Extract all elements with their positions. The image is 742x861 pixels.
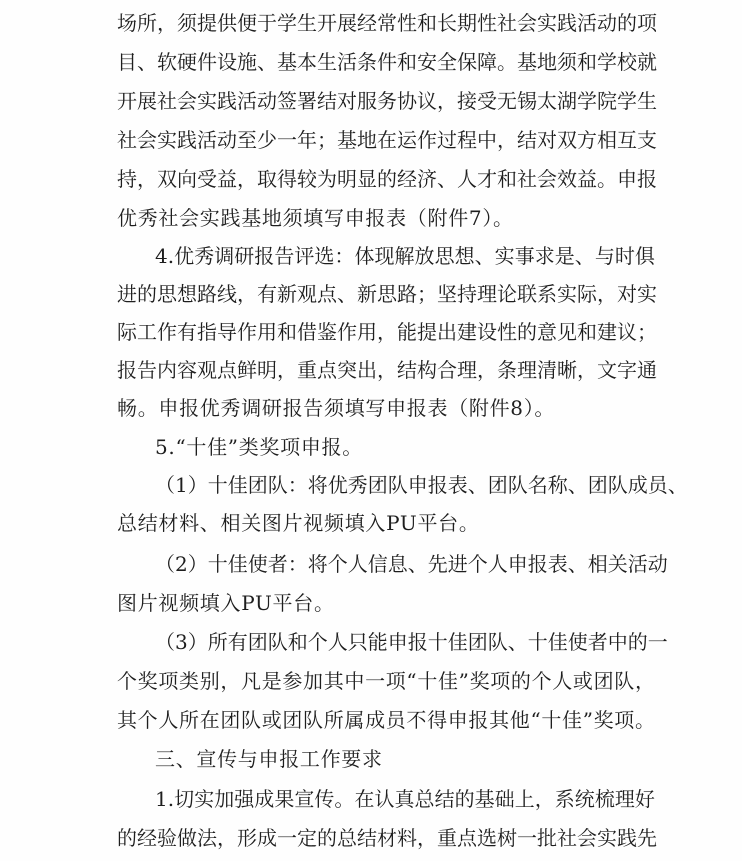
document-page: 场所，须提供便于学生开展经常性和长期性社会实践活动的项 目、软硬件设施、基本生活… [0, 0, 742, 861]
sub-item-line: （2）十佳使者：将个人信息、先进个人申报表、相关活动 [155, 549, 655, 579]
sub-item-line: （1）十佳团队：将优秀团队申报表、团队名称、团队成员、 [155, 470, 655, 500]
text-line: 图片视频填入PU平台。 [117, 588, 335, 618]
text-line: 畅。申报优秀调研报告须填写申报表（附件8）。 [117, 393, 555, 423]
text-line: 优秀社会实践基地须填写申报表（附件7）。 [117, 203, 514, 233]
text-line: 报告内容观点鲜明，重点突出，结构合理，条理清晰，文字通 [117, 355, 655, 385]
text-line: 社会实践活动至少一年；基地在运作过程中，结对双方相互支 [117, 125, 655, 155]
text-line: 的经验做法，形成一定的总结材料，重点选树一批社会实践先 [117, 823, 655, 853]
section-heading: 三、宣传与申报工作要求 [155, 744, 383, 774]
text-line: 其个人所在团队或团队所属成员不得申报其他“十佳”奖项。 [117, 705, 655, 735]
paragraph-heading-line: 5.“十佳”类奖项申报。 [155, 432, 363, 462]
text-line: 总结材料、相关图片视频填入PU平台。 [117, 508, 480, 538]
paragraph-heading-line: 4.优秀调研报告评选：体现解放思想、实事求是、与时俱 [155, 241, 655, 271]
text-line: 开展社会实践活动签署结对服务协议，接受无锡太湖学院学生 [117, 86, 655, 116]
text-line: 个奖项类别，凡是参加其中一项“十佳”奖项的个人或团队， [117, 666, 655, 696]
text-line: 场所，须提供便于学生开展经常性和长期性社会实践活动的项 [117, 8, 655, 38]
paragraph-heading-line: 1.切实加强成果宣传。在认真总结的基础上，系统梳理好 [155, 784, 655, 814]
sub-item-line: （3）所有团队和个人只能申报十佳团队、十佳使者中的一 [155, 627, 655, 657]
text-line: 进的思想路线，有新观点、新思路；坚持理论联系实际，对实 [117, 279, 655, 309]
text-line: 持，双向受益，取得较为明显的经济、人才和社会效益。申报 [117, 164, 655, 194]
text-line: 际工作有指导作用和借鉴作用，能提出建设性的意见和建议； [117, 317, 655, 347]
text-line: 目、软硬件设施、基本生活条件和安全保障。基地须和学校就 [117, 47, 655, 77]
